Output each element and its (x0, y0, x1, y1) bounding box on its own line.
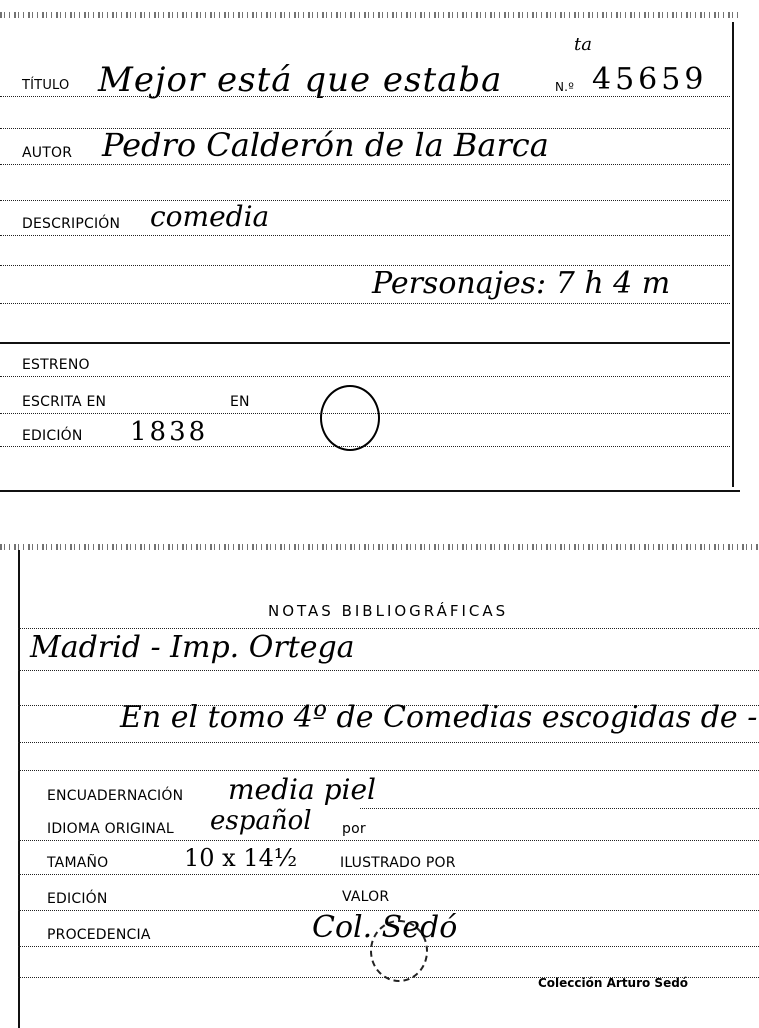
valor-label: VALOR (342, 889, 389, 905)
tamano-label: TAMAÑO (47, 855, 108, 871)
escrita-en-label: ESCRITA EN (22, 394, 106, 410)
rule (0, 303, 730, 304)
idioma-value: español (210, 806, 312, 836)
note-line-1: Madrid - Imp. Ortega (30, 630, 355, 665)
numero-label: N.º (555, 80, 574, 94)
rule (0, 164, 730, 165)
autor-label: AUTOR (22, 145, 72, 161)
encuadernacion-label: ENCUADERNACIÓN (47, 788, 183, 804)
rule (0, 200, 730, 201)
card-bottom-border (0, 490, 740, 492)
rule (18, 840, 759, 841)
titulo-value: Mejor está que estaba (98, 60, 502, 100)
catalog-card-back: NOTAS BIBLIOGRÁFICAS Madrid - Imp. Orteg… (0, 530, 759, 1028)
ilustrado-por-label: ILUSTRADO POR (340, 855, 456, 871)
notas-heading: NOTAS BIBLIOGRÁFICAS (268, 602, 508, 620)
punch-hole-stamp (320, 385, 380, 451)
catalog-card-front: TÍTULO Mejor está que estaba N.º ta 4565… (0, 0, 759, 495)
section-divider (0, 342, 730, 344)
rule (360, 808, 759, 809)
card-left-border (18, 550, 20, 1028)
rule (18, 874, 759, 875)
descripcion-label: DESCRIPCIÓN (22, 216, 120, 232)
note-line-2: En el tomo 4º de Comedias escogidas de - (120, 700, 757, 735)
rule (18, 628, 759, 629)
rule (18, 670, 759, 671)
rule (0, 96, 730, 97)
en-label: EN (230, 394, 250, 410)
rule (0, 235, 730, 236)
rule (18, 770, 759, 771)
descripcion-value: comedia (150, 200, 269, 233)
edicion-value: 1838 (130, 417, 208, 447)
scan-edge-top (0, 12, 740, 18)
por-label: por (342, 821, 366, 837)
punch-hole-stamp (370, 920, 428, 982)
numero-annotation: ta (574, 34, 592, 55)
collection-footer: Colección Arturo Sedó (538, 976, 688, 990)
titulo-label: TÍTULO (22, 78, 69, 93)
personajes-value: Personajes: 7 h 4 m (372, 266, 670, 301)
rule (18, 742, 759, 743)
edicion-label: EDICIÓN (47, 891, 108, 907)
numero-value: 45659 (592, 62, 707, 97)
rule (0, 376, 730, 377)
procedencia-label: PROCEDENCIA (47, 927, 151, 943)
idioma-label: IDIOMA ORIGINAL (47, 821, 174, 837)
card-right-border (732, 22, 734, 487)
scan-edge-top (0, 544, 759, 550)
tamano-value: 10 x 14½ (184, 844, 297, 872)
edicion-label: EDICIÓN (22, 428, 83, 444)
autor-value: Pedro Calderón de la Barca (102, 126, 549, 164)
encuadernacion-value: media piel (228, 773, 376, 806)
estreno-label: ESTRENO (22, 357, 90, 373)
